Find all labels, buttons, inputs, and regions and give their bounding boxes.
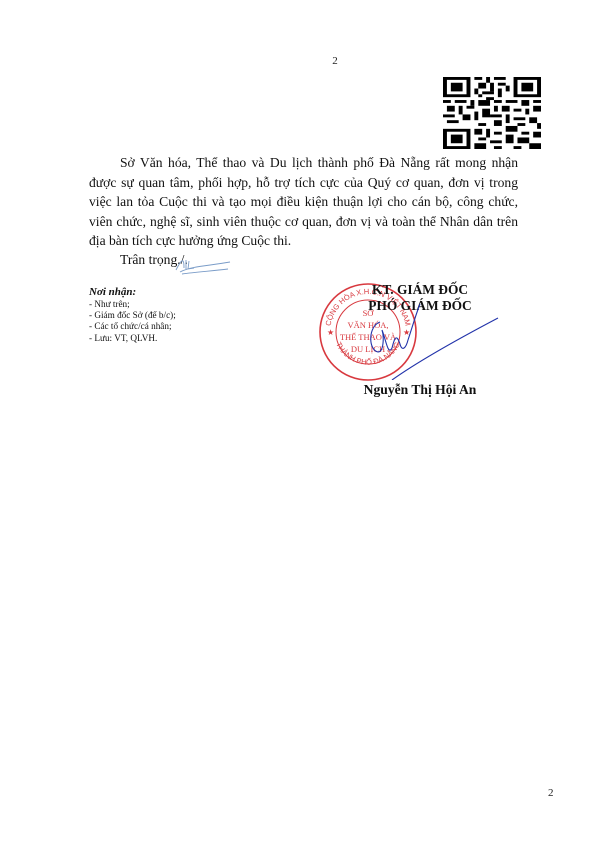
body-text: Sở Văn hóa, Thể thao và Du lịch thành ph… [89,153,518,251]
page-number-top: 2 [0,55,595,67]
recipients-list: - Như trên; - Giám đốc Sở (để b/c); - Cá… [89,299,176,344]
initial-mark-icon [172,252,232,276]
svg-text:★: ★ [327,328,334,337]
recipient-item: - Giám đốc Sở (để b/c); [89,310,176,321]
recipient-item: - Các tổ chức/cá nhân; [89,321,176,332]
recipients-block: Nơi nhận: - Như trên; - Giám đốc Sở (để … [89,286,176,344]
recipient-item: - Như trên; [89,299,176,310]
page-number-bottom: 2 [548,787,554,799]
handwritten-signature-icon [360,300,500,380]
signer-name: Nguyễn Thị Hội An [330,382,510,398]
recipients-title: Nơi nhận: [89,286,176,298]
signature-title-line1: KT. GIÁM ĐỐC [330,282,510,298]
recipient-item: - Lưu: VT, QLVH. [89,333,176,344]
body-paragraph: Sở Văn hóa, Thể thao và Du lịch thành ph… [89,153,518,251]
qr-code-icon [443,77,541,149]
